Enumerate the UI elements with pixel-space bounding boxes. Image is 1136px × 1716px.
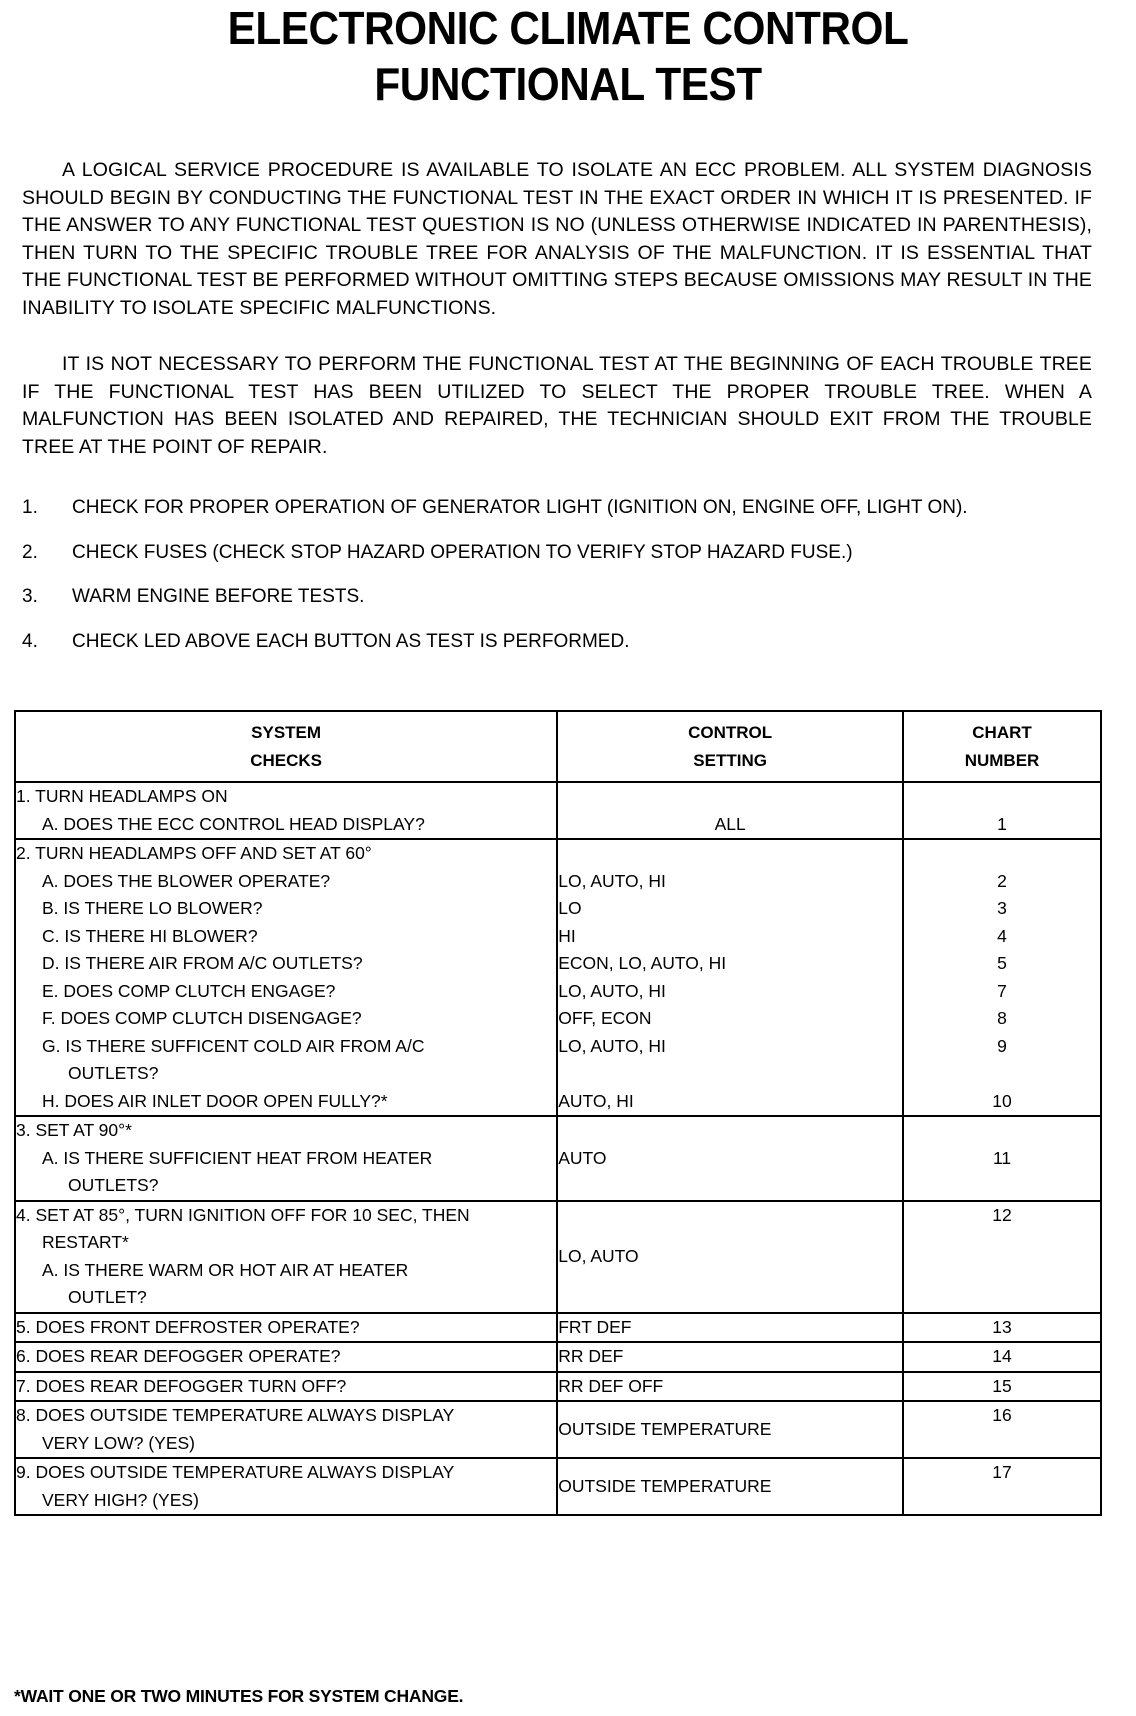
chart-number-cell: 13 [903, 1313, 1101, 1343]
header-text: NUMBER [904, 747, 1100, 775]
control-setting: HI [558, 923, 902, 951]
check-question-continued: VERY HIGH? (YES) [16, 1487, 556, 1515]
chart-number: 14 [904, 1343, 1100, 1371]
header-chart-number: CHARTNUMBER [903, 711, 1101, 782]
system-check-cell: 7. DOES REAR DEFOGGER TURN OFF? [15, 1372, 557, 1402]
step-number: 1. [22, 496, 62, 520]
check-question: A. DOES THE BLOWER OPERATE? [16, 868, 556, 896]
control-setting-cell: OUTSIDE TEMPERATURE [557, 1458, 903, 1515]
check-question: A. DOES THE ECC CONTROL HEAD DISPLAY? [16, 811, 556, 839]
chart-number-cell: 15 [903, 1372, 1101, 1402]
check-question: H. DOES AIR INLET DOOR OPEN FULLY?* [16, 1088, 556, 1116]
check-question: A. IS THERE SUFFICIENT HEAT FROM HEATER [16, 1145, 556, 1173]
control-setting-cell: LO, AUTO [557, 1201, 903, 1313]
control-setting: OUTSIDE TEMPERATURE [558, 1416, 902, 1444]
table-row: 6. DOES REAR DEFOGGER OPERATE? RR DEF 14 [15, 1342, 1101, 1372]
header-text: SETTING [558, 747, 902, 775]
chart-number: 11 [904, 1145, 1100, 1173]
control-setting-cell: AUTO [557, 1116, 903, 1201]
usage-paragraph: IT IS NOT NECESSARY TO PERFORM THE FUNCT… [22, 351, 1092, 461]
page-title-line-1: ELECTRONIC CLIMATE CONTROL [45, 2, 1090, 54]
control-setting-cell: ALL [557, 782, 903, 839]
chart-number: 1 [904, 811, 1100, 839]
chart-number: 16 [904, 1402, 1100, 1430]
preliminary-steps-list: 1.CHECK FOR PROPER OPERATION OF GENERATO… [22, 496, 1102, 674]
chart-number: 2 [904, 868, 1100, 896]
page-title-line-2: FUNCTIONAL TEST [45, 58, 1090, 110]
step-number: 2. [22, 541, 62, 565]
control-setting: AUTO [558, 1145, 902, 1173]
check-question: A. IS THERE WARM OR HOT AIR AT HEATER [16, 1257, 556, 1285]
step-text: CHECK LED ABOVE EACH BUTTON AS TEST IS P… [72, 630, 629, 654]
chart-number: 15 [904, 1373, 1100, 1401]
chart-number: 8 [904, 1005, 1100, 1033]
check-question: 5. DOES FRONT DEFROSTER OPERATE? [16, 1314, 556, 1342]
header-text: SYSTEM [16, 719, 556, 747]
step-text: WARM ENGINE BEFORE TESTS. [72, 585, 364, 609]
check-heading-continued: RESTART* [16, 1229, 556, 1257]
check-question: 8. DOES OUTSIDE TEMPERATURE ALWAYS DISPL… [16, 1402, 556, 1430]
control-setting: LO, AUTO [558, 1243, 902, 1271]
control-setting: ALL [558, 811, 902, 839]
control-setting: AUTO, HI [558, 1088, 902, 1116]
control-setting: LO, AUTO, HI [558, 868, 902, 896]
system-check-cell: 1. TURN HEADLAMPS ON A. DOES THE ECC CON… [15, 782, 557, 839]
check-question: E. DOES COMP CLUTCH ENGAGE? [16, 978, 556, 1006]
check-question: G. IS THERE SUFFICENT COLD AIR FROM A/C [16, 1033, 556, 1061]
check-question: 9. DOES OUTSIDE TEMPERATURE ALWAYS DISPL… [16, 1459, 556, 1487]
control-setting: LO, AUTO, HI [558, 1033, 902, 1061]
table-row: 2. TURN HEADLAMPS OFF AND SET AT 60° A. … [15, 839, 1101, 1116]
control-setting: RR DEF [558, 1343, 902, 1371]
chart-number: 5 [904, 950, 1100, 978]
chart-number-cell: 2 3 4 5 7 8 9 10 [903, 839, 1101, 1116]
step-item: 2.CHECK FUSES (CHECK STOP HAZARD OPERATI… [22, 541, 1102, 586]
control-setting: ECON, LO, AUTO, HI [558, 950, 902, 978]
control-setting-cell: RR DEF [557, 1342, 903, 1372]
control-setting-cell: FRT DEF [557, 1313, 903, 1343]
chart-number: 13 [904, 1314, 1100, 1342]
chart-number-cell: 11 [903, 1116, 1101, 1201]
table-row: 8. DOES OUTSIDE TEMPERATURE ALWAYS DISPL… [15, 1401, 1101, 1458]
chart-number: 9 [904, 1033, 1100, 1061]
control-setting: LO [558, 895, 902, 923]
check-heading: 4. SET AT 85°, TURN IGNITION OFF FOR 10 … [16, 1202, 556, 1230]
table-row: 3. SET AT 90°* A. IS THERE SUFFICIENT HE… [15, 1116, 1101, 1201]
system-check-cell: 9. DOES OUTSIDE TEMPERATURE ALWAYS DISPL… [15, 1458, 557, 1515]
header-text: CHART [904, 719, 1100, 747]
check-question-continued: OUTLETS? [16, 1060, 556, 1088]
control-setting: LO, AUTO, HI [558, 978, 902, 1006]
check-question: C. IS THERE HI BLOWER? [16, 923, 556, 951]
step-number: 3. [22, 585, 62, 609]
check-heading: 3. SET AT 90°* [16, 1117, 556, 1145]
control-setting: FRT DEF [558, 1314, 902, 1342]
system-check-cell: 5. DOES FRONT DEFROSTER OPERATE? [15, 1313, 557, 1343]
table-header-row: SYSTEMCHECKS CONTROLSETTING CHARTNUMBER [15, 711, 1101, 782]
step-item: 4.CHECK LED ABOVE EACH BUTTON AS TEST IS… [22, 630, 1102, 675]
table-row: 1. TURN HEADLAMPS ON A. DOES THE ECC CON… [15, 782, 1101, 839]
system-check-cell: 8. DOES OUTSIDE TEMPERATURE ALWAYS DISPL… [15, 1401, 557, 1458]
functional-test-table: SYSTEMCHECKS CONTROLSETTING CHARTNUMBER … [14, 710, 1102, 1516]
check-heading: 2. TURN HEADLAMPS OFF AND SET AT 60° [16, 840, 556, 868]
control-setting-cell: OUTSIDE TEMPERATURE [557, 1401, 903, 1458]
control-setting: OUTSIDE TEMPERATURE [558, 1473, 902, 1501]
chart-number: 7 [904, 978, 1100, 1006]
system-check-cell: 4. SET AT 85°, TURN IGNITION OFF FOR 10 … [15, 1201, 557, 1313]
control-setting: OFF, ECON [558, 1005, 902, 1033]
chart-number-cell: 12 [903, 1201, 1101, 1313]
table-row: 7. DOES REAR DEFOGGER TURN OFF? RR DEF O… [15, 1372, 1101, 1402]
check-question: D. IS THERE AIR FROM A/C OUTLETS? [16, 950, 556, 978]
system-check-cell: 3. SET AT 90°* A. IS THERE SUFFICIENT HE… [15, 1116, 557, 1201]
step-text: CHECK FOR PROPER OPERATION OF GENERATOR … [72, 496, 968, 520]
step-item: 1.CHECK FOR PROPER OPERATION OF GENERATO… [22, 496, 1102, 541]
check-question: 6. DOES REAR DEFOGGER OPERATE? [16, 1343, 556, 1371]
system-check-cell: 6. DOES REAR DEFOGGER OPERATE? [15, 1342, 557, 1372]
chart-number-cell: 17 [903, 1458, 1101, 1515]
intro-paragraph-text: A LOGICAL SERVICE PROCEDURE IS AVAILABLE… [22, 159, 1092, 319]
check-question-continued: OUTLETS? [16, 1172, 556, 1200]
intro-paragraph: A LOGICAL SERVICE PROCEDURE IS AVAILABLE… [22, 157, 1092, 323]
chart-number: 4 [904, 923, 1100, 951]
table-row: 4. SET AT 85°, TURN IGNITION OFF FOR 10 … [15, 1201, 1101, 1313]
control-setting: RR DEF OFF [558, 1373, 902, 1401]
table-row: 9. DOES OUTSIDE TEMPERATURE ALWAYS DISPL… [15, 1458, 1101, 1515]
check-heading: 1. TURN HEADLAMPS ON [16, 783, 556, 811]
check-question: F. DOES COMP CLUTCH DISENGAGE? [16, 1005, 556, 1033]
chart-number: 12 [904, 1202, 1100, 1230]
check-question-continued: VERY LOW? (YES) [16, 1430, 556, 1458]
step-number: 4. [22, 630, 62, 654]
chart-number: 17 [904, 1459, 1100, 1487]
chart-number-cell: 1 [903, 782, 1101, 839]
system-check-cell: 2. TURN HEADLAMPS OFF AND SET AT 60° A. … [15, 839, 557, 1116]
chart-number: 3 [904, 895, 1100, 923]
footnote: *WAIT ONE OR TWO MINUTES FOR SYSTEM CHAN… [14, 1686, 463, 1707]
chart-number-cell: 14 [903, 1342, 1101, 1372]
step-item: 3.WARM ENGINE BEFORE TESTS. [22, 585, 1102, 630]
chart-number-cell: 16 [903, 1401, 1101, 1458]
check-question: 7. DOES REAR DEFOGGER TURN OFF? [16, 1373, 556, 1401]
control-setting-cell: LO, AUTO, HI LO HI ECON, LO, AUTO, HI LO… [557, 839, 903, 1116]
table-row: 5. DOES FRONT DEFROSTER OPERATE? FRT DEF… [15, 1313, 1101, 1343]
chart-number: 10 [904, 1088, 1100, 1116]
header-text: CHECKS [16, 747, 556, 775]
check-question-continued: OUTLET? [16, 1284, 556, 1312]
control-setting-cell: RR DEF OFF [557, 1372, 903, 1402]
header-text: CONTROL [558, 719, 902, 747]
step-text: CHECK FUSES (CHECK STOP HAZARD OPERATION… [72, 541, 853, 565]
check-question: B. IS THERE LO BLOWER? [16, 895, 556, 923]
header-system-checks: SYSTEMCHECKS [15, 711, 557, 782]
usage-paragraph-text: IT IS NOT NECESSARY TO PERFORM THE FUNCT… [22, 353, 1092, 458]
header-control-setting: CONTROLSETTING [557, 711, 903, 782]
